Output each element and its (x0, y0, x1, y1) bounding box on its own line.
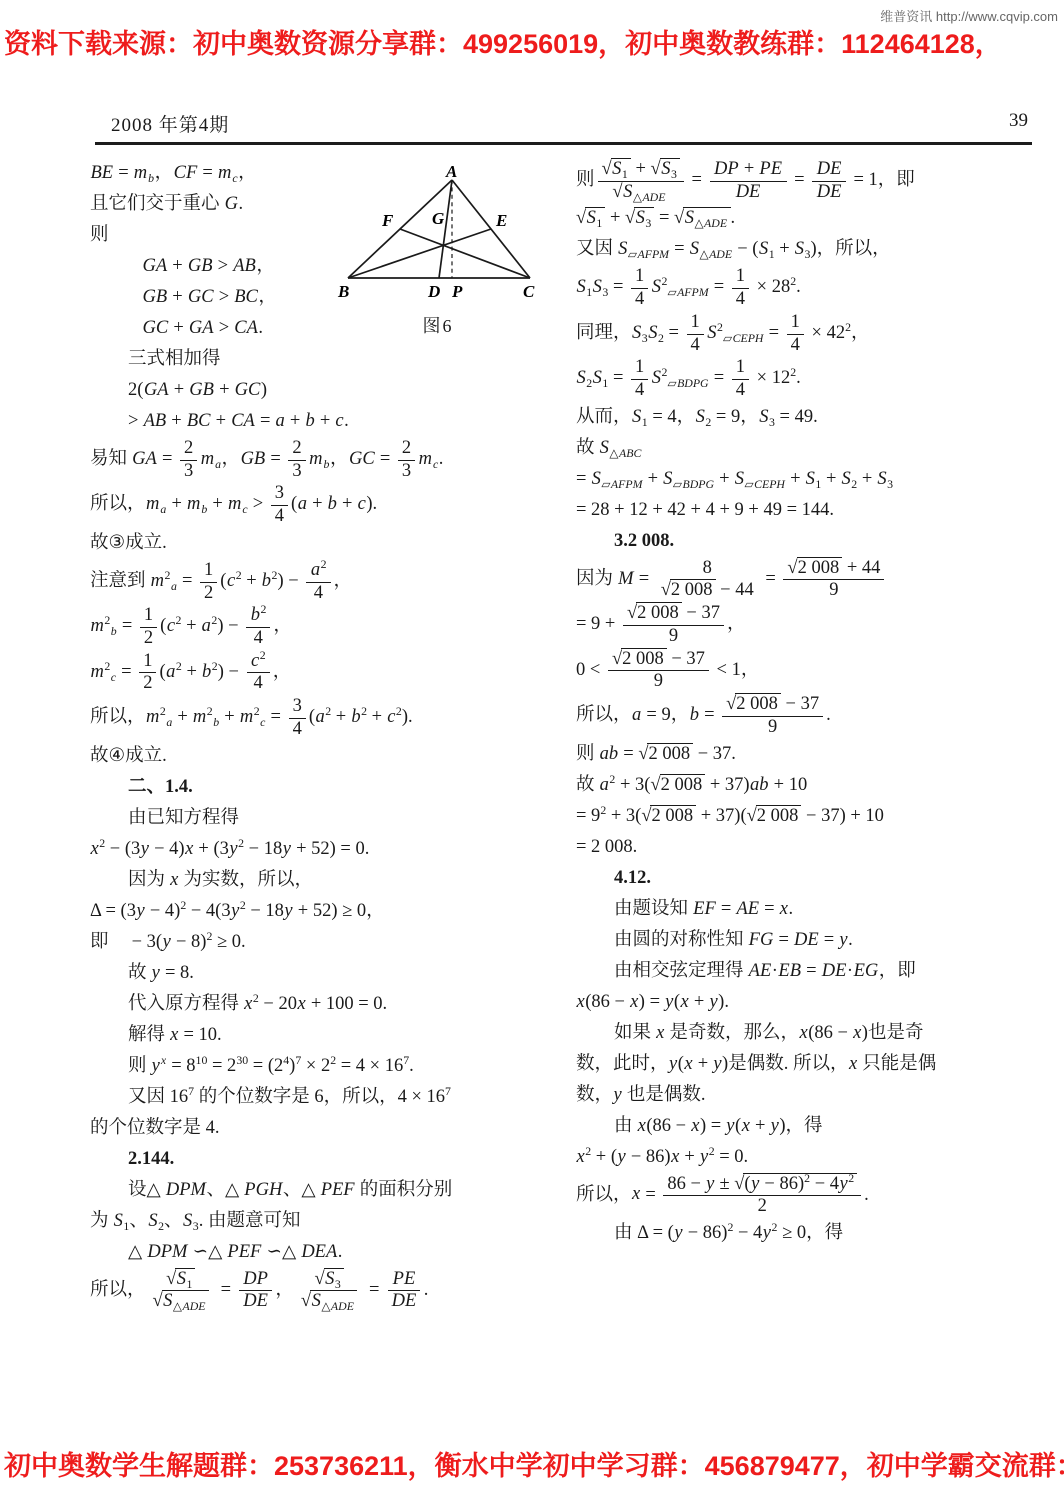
text-line: 解得 x = 10. (90, 1020, 542, 1051)
text-line: m2b = 12(c2 + a2) − b24， (90, 604, 542, 649)
text-line: 则√S1 + √S3√S△ADE = DP + PEDE = DEDE = 1，… (576, 158, 1048, 203)
figure-label-d: D (427, 282, 440, 301)
text-line: 为 S1、S2、S3. 由题意可知 (90, 1206, 542, 1237)
text-line: 由 Δ = (y − 86)2 − 4y2 ≥ 0，得 (576, 1218, 1048, 1249)
text-line: 因为 x 为实数，所以， (90, 865, 542, 896)
text-line: △ DPM ∽△ PEF ∽△ DEA. (90, 1237, 542, 1268)
text-line: √S1 + √S3 = √S△ADE. (576, 203, 1048, 234)
text-line: = 2 008. (576, 832, 1048, 863)
text-line: 数，此时，y(x + y)是偶数. 所以，x 只能是偶 (576, 1049, 1048, 1080)
text-line: 则 yx = 810 = 230 = (24)7 × 22 = 4 × 167. (90, 1051, 542, 1082)
text-line: = S▱AFPM + S▱BDPG + S▱CEPH + S1 + S2 + S… (576, 464, 1048, 495)
text-line: 所以，x = 86 − y ± √(y − 86)2 − 4y22. (576, 1173, 1048, 1218)
figure-label-g: G (432, 209, 445, 228)
text-line: 0 < √2 008 − 379 < 1， (576, 648, 1048, 693)
text-line: S1S3 = 14S2▱AFPM = 14 × 282. (576, 265, 1048, 310)
text-line: = 28 + 12 + 42 + 4 + 9 + 49 = 144. (576, 495, 1048, 526)
figure-label-p: P (451, 282, 463, 301)
text-line: 所以，√S1√S△ADE = DPDE，√S3√S△ADE = PEDE. (90, 1268, 542, 1313)
text-line: x2 + (y − 86)x + y2 = 0. (576, 1142, 1048, 1173)
watermark-banner-bottom: 初中奥数学生解题群：253736211，衡水中学初中学习群：456879477，… (4, 1444, 1064, 1483)
text-line: 所以，ma + mb + mc > 34(a + b + c). (90, 482, 542, 527)
text-line: S2S1 = 14S2▱BDPG = 14 × 122. (576, 356, 1048, 401)
text-line: 三式相加得 (90, 344, 542, 375)
text-line: 又因 167 的个位数字是 6，所以，4 × 167 (90, 1082, 542, 1113)
text-line: = 9 + √2 008 − 379， (576, 602, 1048, 647)
text-line: 由 x(86 − x) = y(x + y)，得 (576, 1111, 1048, 1142)
text-line: 故④成立. (90, 741, 542, 772)
page-header: 2008 年第4期 39 (95, 108, 1032, 145)
page-number: 39 (1009, 110, 1028, 132)
text-line: 同理，S3S2 = 14S2▱CEPH = 14 × 422， (576, 311, 1048, 356)
figure-label-f: F (381, 211, 394, 230)
text-line: 设△ DPM、△ PGH、△ PEF 的面积分别 (90, 1175, 542, 1206)
figure-label-b: B (337, 282, 349, 301)
text-line: 故 S△ABC (576, 433, 1048, 464)
text-line: 的个位数字是 4. (90, 1113, 542, 1144)
text-line: 故 y = 8. (90, 958, 542, 989)
text-line: 由已知方程得 (90, 803, 542, 834)
scanned-journal-page: 资料下载来源：初中奥数资源分享群：499256019，初中奥数教练群：11246… (0, 0, 1064, 1486)
figure-caption: 图6 (334, 312, 542, 338)
two-column-body: A B C D P E F G 图6 BE = mb，CF = mc，且它们交于… (90, 158, 1048, 1313)
text-line: 注意到 m2a = 12(c2 + b2) − a24， (90, 559, 542, 604)
column-right: 则√S1 + √S3√S△ADE = DP + PEDE = DEDE = 1，… (576, 158, 1048, 1313)
text-line: 数，y 也是偶数. (576, 1080, 1048, 1111)
text-line: 由圆的对称性知 FG = DE = y. (576, 925, 1048, 956)
triangle-figure-svg: A B C D P E F G (334, 164, 542, 306)
text-line: 又因 S▱AFPM = S△ADE − (S1 + S3)，所以， (576, 234, 1048, 265)
text-line: 代入原方程得 x2 − 20x + 100 = 0. (90, 989, 542, 1020)
text-line: 所以，m2a + m2b + m2c = 34(a2 + b2 + c2). (90, 695, 542, 740)
text-line: > AB + BC + CA = a + b + c. (90, 406, 542, 437)
text-line: 如果 x 是奇数，那么，x(86 − x)也是奇 (576, 1018, 1048, 1049)
figure-label-a: A (445, 164, 457, 181)
text-line: 即 − 3(y − 8)2 ≥ 0. (90, 927, 542, 958)
figure-label-c: C (523, 282, 535, 301)
text-line: x(86 − x) = y(x + y). (576, 987, 1048, 1018)
text-line: 二、1.4. (90, 772, 542, 803)
figure-label-e: E (495, 211, 507, 230)
watermark-banner-top: 资料下载来源：初中奥数资源分享群：499256019，初中奥数教练群：11246… (4, 22, 1064, 61)
text-line: 2.144. (90, 1144, 542, 1175)
cqvip-watermark: 维普资讯 http://www.cqvip.com (880, 6, 1058, 25)
text-line: 4.12. (576, 863, 1048, 894)
text-line: 由题设知 EF = AE = x. (576, 894, 1048, 925)
text-line: 所以，a = 9，b = √2 008 − 379. (576, 693, 1048, 738)
text-line: 从而，S1 = 4，S2 = 9，S3 = 49. (576, 402, 1048, 433)
text-line: Δ = (3y − 4)2 − 4(3y2 − 18y + 52) ≥ 0， (90, 896, 542, 927)
text-line: 因为 M = 8√2 008 − 44 = √2 008 + 449 (576, 557, 1048, 602)
text-line: 易知 GA = 23ma，GB = 23mb，GC = 23mc. (90, 437, 542, 482)
text-line: m2c = 12(a2 + b2) − c24， (90, 650, 542, 695)
text-line: = 92 + 3(√2 008 + 37)(√2 008 − 37) + 10 (576, 801, 1048, 832)
figure-6: A B C D P E F G 图6 (334, 164, 542, 338)
column-left: A B C D P E F G 图6 BE = mb，CF = mc，且它们交于… (90, 158, 542, 1313)
text-line: 3.2 008. (576, 526, 1048, 557)
journal-issue: 2008 年第4期 (111, 110, 229, 137)
text-line: x2 − (3y − 4)x + (3y2 − 18y + 52) = 0. (90, 834, 542, 865)
text-line: 则 ab = √2 008 − 37. (576, 739, 1048, 770)
text-line: 故③成立. (90, 528, 542, 559)
text-line: 故 a2 + 3(√2 008 + 37)ab + 10 (576, 770, 1048, 801)
text-line: 由相交弦定理得 AE·EB = DE·EG，即 (576, 956, 1048, 987)
text-line: 2(GA + GB + GC) (90, 375, 542, 406)
